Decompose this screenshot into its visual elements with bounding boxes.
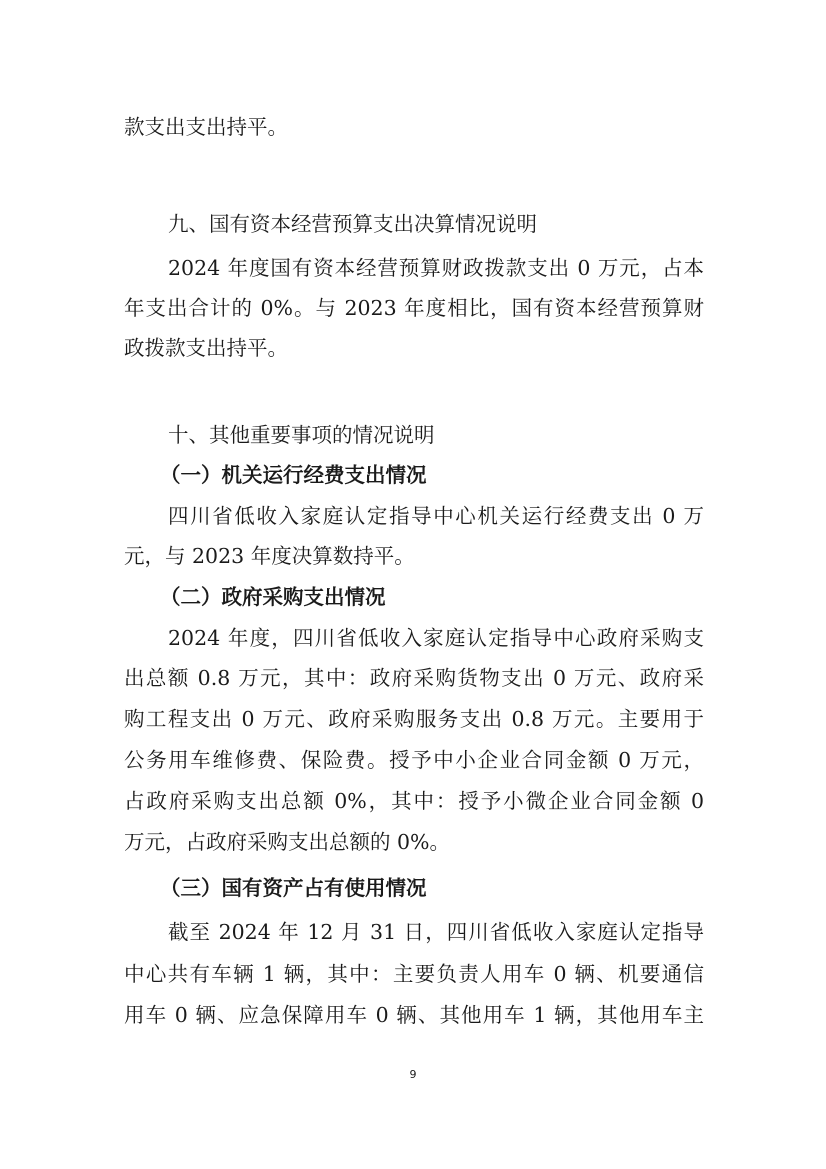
paragraph-line: 公务用车维修费、保险费。授予中小企业合同金额 0 万元， xyxy=(124,746,704,774)
subsection-heading-2: （二）政府采购支出情况 xyxy=(160,583,740,611)
paragraph-line: 2024 年度，四川省低收入家庭认定指导中心政府采购支 xyxy=(168,624,704,652)
paragraph-line: 年支出合计的 0%。与 2023 年度相比，国有资本经营预算财 xyxy=(124,294,704,322)
paragraph-line: 元，与 2023 年度决算数持平。 xyxy=(124,542,704,570)
section-heading-10: 十、其他重要事项的情况说明 xyxy=(168,421,704,449)
paragraph-line: 出总额 0.8 万元，其中：政府采购货物支出 0 万元、政府采 xyxy=(124,664,704,692)
paragraph-line: 政拨款支出持平。 xyxy=(124,334,704,362)
paragraph-line: 中心共有车辆 1 辆，其中：主要负责人用车 0 辆、机要通信 xyxy=(124,960,704,988)
paragraph-line: 2024 年度国有资本经营预算财政拨款支出 0 万元，占本 xyxy=(168,254,704,282)
paragraph-line: 四川省低收入家庭认定指导中心机关运行经费支出 0 万 xyxy=(168,502,704,530)
paragraph-line: 占政府采购支出总额 0%，其中：授予小微企业合同金额 0 xyxy=(124,787,704,815)
subsection-heading-3: （三）国有资产占有使用情况 xyxy=(160,874,740,902)
page-number: 9 xyxy=(0,1068,826,1081)
paragraph-line: 万元，占政府采购支出总额的 0%。 xyxy=(124,828,704,856)
section-heading-9: 九、国有资本经营预算支出决算情况说明 xyxy=(168,210,704,238)
paragraph-line: 用车 0 辆、应急保障用车 0 辆、其他用车 1 辆，其他用车主 xyxy=(124,1001,704,1029)
paragraph-line: 款支出支出持平。 xyxy=(124,113,704,141)
paragraph-line: 截至 2024 年 12 月 31 日，四川省低收入家庭认定指导 xyxy=(168,918,704,946)
subsection-heading-1: （一）机关运行经费支出情况 xyxy=(160,461,740,489)
paragraph-line: 购工程支出 0 万元、政府采购服务支出 0.8 万元。主要用于 xyxy=(124,705,704,733)
